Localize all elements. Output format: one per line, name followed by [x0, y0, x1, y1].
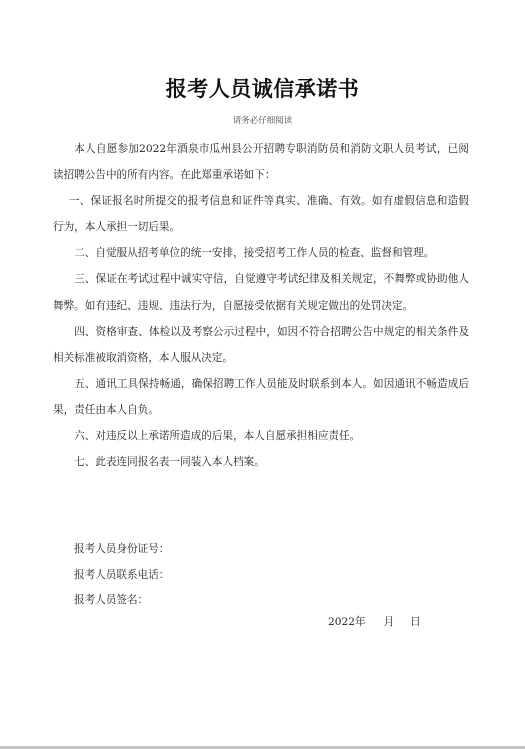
commitment-item-3: 三、保证在考试过程中诚实守信，自觉遵守考试纪律及相关规定，不舞弊或协助他人舞弊。…: [53, 266, 469, 318]
commitment-item-7: 七、此表连同报名表一同装入本人档案。: [53, 449, 469, 475]
signature-block: 报考人员身份证号： 报考人员联系电话： 报考人员签名：: [74, 537, 169, 614]
date-month: 月: [384, 616, 395, 628]
commitment-item-6: 六、对违反以上承诺所造成的后果，本人自愿承担相应责任。: [53, 423, 469, 449]
commitment-item-4: 四、资格审查、体检以及考察公示过程中，如因不符合招聘公告中规定的相关条件及相关标…: [53, 319, 469, 371]
commitment-item-5: 五、通讯工具保持畅通，确保招聘工作人员能及时联系到本人。如因通讯不畅造成后果，责…: [53, 371, 469, 423]
signature-label: 报考人员签名：: [74, 588, 169, 614]
id-number-label: 报考人员身份证号：: [74, 537, 169, 563]
date-line: 2022年月日: [328, 612, 421, 632]
date-day: 日: [410, 616, 421, 628]
document-title: 报考人员诚信承诺书: [0, 74, 525, 104]
date-year: 2022年: [328, 616, 366, 628]
document-page: 报考人员诚信承诺书 请务必仔细阅读 本人自愿参加2022年酒泉市瓜州县公开招聘专…: [0, 0, 525, 746]
intro-paragraph: 本人自愿参加2022年酒泉市瓜州县公开招聘专职消防员和消防文职人员考试，已阅读招…: [53, 136, 469, 188]
document-body: 本人自愿参加2022年酒泉市瓜州县公开招聘专职消防员和消防文职人员考试，已阅读招…: [53, 136, 469, 475]
commitment-item-1: 一、保证报名时所提交的报考信息和证件等真实、准确、有效。如有虚假信息和造假行为，…: [53, 188, 469, 240]
commitment-item-2: 二、自觉服从招考单位的统一安排，接受招考工作人员的检查、监督和管理。: [53, 240, 469, 266]
phone-label: 报考人员联系电话：: [74, 563, 169, 589]
document-subtitle: 请务必仔细阅读: [0, 114, 525, 128]
